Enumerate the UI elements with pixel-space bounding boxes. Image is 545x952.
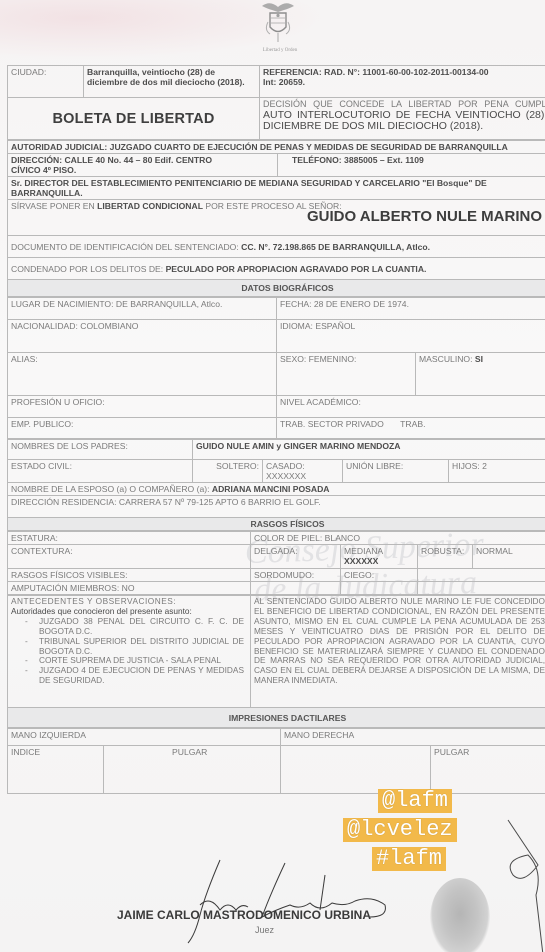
sexo-masculino: MASCULINO: SI: [416, 353, 545, 396]
hijos: HIJOS: 2: [449, 460, 545, 483]
indice-derecho: [281, 746, 431, 794]
family-table: NOMBRES DE LOS PADRES: GUIDO NULE AMIN y…: [7, 439, 545, 531]
trab-privado-label: TRAB. SECTOR PRIVADO: [280, 419, 384, 429]
referencia-label: REFERENCIA:: [263, 67, 322, 77]
padres-value: GUIDO NULE AMIN y GINGER MARINO MENDOZA: [193, 440, 545, 460]
orden-prefix: SÍRVASE PONER EN: [11, 201, 95, 211]
amputacion: AMPUTACIÓN MIEMBROS: NO: [8, 582, 251, 595]
header-table: CIUDAD: Barranquilla, veintiocho (28) de…: [7, 65, 545, 140]
estatura: ESTATURA:: [8, 532, 251, 545]
autoridad-judicial: AUTORIDAD JUDICIAL: JUZGADO CUARTO DE EJ…: [8, 141, 545, 154]
nivel-academico: NIVEL ACADÉMICO:: [277, 396, 545, 418]
ciego: CIEGO:: [341, 569, 418, 582]
antecedentes-cell: ANTECEDENTES Y OBSERVACIONES: Autoridade…: [8, 596, 251, 708]
autoridad-item: TRIBUNAL SUPERIOR DEL DISTRITO JUDICIAL …: [25, 637, 244, 656]
overlay-tag-lafm: @lafm: [378, 789, 452, 813]
antecedentes-intro: Autoridades que conocieron del presente …: [11, 607, 244, 617]
profesion: PROFESIÓN U OFICIO:: [8, 396, 277, 418]
delgada: DELGADA:: [251, 545, 341, 569]
ciudad-label: CIUDAD:: [8, 66, 84, 98]
documento-label: DOCUMENTO DE IDENTIFICACIÓN DEL SENTENCI…: [11, 242, 239, 252]
documento-value: CC. N°. 72.198.865 DE BARRANQUILLA, Atlc…: [241, 242, 430, 252]
mediana-cell: MEDIANA XXXXXX: [341, 545, 418, 569]
section-datos-biograficos: DATOS BIOGRÁFICOS: [8, 280, 545, 297]
mediana-label: MEDIANA: [344, 546, 414, 556]
robusta: ROBUSTA:: [418, 545, 473, 569]
decision-prefix: DECISIÓN QUE CONCEDE LA LIBERTAD POR PEN…: [263, 99, 545, 109]
empty-cell: [418, 569, 545, 582]
fingerprint-table: MANO IZQUIERDA MANO DERECHA INDICE PULGA…: [7, 728, 545, 794]
fecha-nacimiento: FECHA: 28 DE ENERO DE 1974.: [277, 298, 545, 320]
contextura: CONTEXTURA:: [8, 545, 251, 569]
padres-label: NOMBRES DE LOS PADRES:: [8, 440, 193, 460]
observacion-cell: AL SENTENCIADO GUIDO ALBERTO NULE MARINO…: [251, 596, 545, 708]
empty-cell: [418, 582, 545, 595]
biographic-table: LUGAR DE NACIMIENTO: DE BARRANQUILLA, At…: [7, 297, 545, 439]
orden-tipo: LIBERTAD CONDICIONAL: [97, 201, 203, 211]
physical-table: ESTATURA: COLOR DE PIEL: BLANCO CONTEXTU…: [7, 531, 545, 595]
document-title: BOLETA DE LIBERTAD: [8, 98, 260, 140]
boleta-form: CIUDAD: Barranquilla, veintiocho (28) de…: [7, 65, 545, 794]
sentenciado-name: GUIDO ALBERTO NULE MARINO: [11, 212, 542, 222]
esposa-row: NOMBRE DE LA ESPOSO (a) O COMPAÑERO (a):…: [8, 483, 545, 496]
orden-libertad: SÍRVASE PONER EN LIBERTAD CONDICIONAL PO…: [8, 200, 545, 236]
empty-cell: [341, 582, 418, 595]
emp-publico: EMP. PUBLICO:: [8, 418, 277, 439]
esposa-label: NOMBRE DE LA ESPOSO (a) O COMPAÑERO (a):: [11, 484, 210, 494]
document-page: Libertad y Orden Consejo Superior de la …: [0, 0, 545, 952]
section-impresiones-dactilares: IMPRESIONES DACTILARES: [8, 708, 545, 728]
soltero: SOLTERO:: [193, 460, 263, 483]
direccion-residencia: DIRECCIÓN RESIDENCIA: CARRERA 57 Nº 79-1…: [8, 496, 545, 518]
referencia-cell: REFERENCIA: RAD. N°: 11001-60-00-102-201…: [260, 66, 545, 98]
sexo-femenino: SEXO: FEMENINO:: [277, 353, 416, 396]
estado-civil-label: ESTADO CIVIL:: [8, 460, 193, 483]
overlay-tag-hashtag-lafm: #lafm: [372, 847, 446, 871]
decision-value: AUTO INTERLOCUTORIO DE FECHA VEINTIOCHO …: [263, 109, 545, 132]
delitos-row: CONDENADO POR LOS DELITOS DE: PECULADO P…: [8, 258, 545, 280]
documento-row: DOCUMENTO DE IDENTIFICACIÓN DEL SENTENCI…: [8, 236, 545, 258]
delitos-label: CONDENADO POR LOS DELITOS DE:: [11, 264, 163, 274]
sordomudo: SORDOMUDO:: [251, 569, 341, 582]
judge-name: JAIME CARLO MASTRODOMENICO URBINA: [117, 908, 371, 922]
right-margin-signature-icon: [498, 815, 545, 952]
casado-mark: XXXXXXX: [266, 471, 339, 481]
trab-label: TRAB.: [400, 419, 425, 429]
masculino-label: MASCULINO:: [419, 354, 472, 364]
referencia-value: RAD. N°: 11001-60-00-102-2011-00134-00: [324, 67, 488, 77]
fingerprint-mark: [430, 878, 490, 952]
idioma: IDIOMA: ESPAÑOL: [277, 320, 545, 353]
motto: Libertad y Orden: [250, 48, 310, 53]
casado-cell: CASADO: XXXXXXX: [263, 460, 343, 483]
empty-cell: [251, 582, 341, 595]
indice-izquierdo: INDICE: [8, 746, 104, 794]
rasgos-visibles: RASGOS FÍSICOS VISIBLES:: [8, 569, 251, 582]
authority-table: AUTORIDAD JUDICIAL: JUZGADO CUARTO DE EJ…: [7, 140, 545, 297]
casado-label: CASADO:: [266, 461, 339, 471]
pulgar-izquierdo: PULGAR: [104, 746, 281, 794]
union-libre: UNIÓN LIBRE:: [343, 460, 449, 483]
mano-izquierda: MANO IZQUIERDA: [8, 729, 281, 746]
telefono-juzgado: TELÉFONO: 3885005 – Ext. 1109: [278, 154, 545, 177]
interno-value: Int: 20659.: [263, 77, 305, 87]
alias: ALIAS:: [8, 353, 277, 396]
ciudad-value: Barranquilla, veintiocho (28) de diciemb…: [84, 66, 260, 98]
mediana-mark: XXXXXX: [344, 556, 414, 566]
trab-privado: TRAB. SECTOR PRIVADO TRAB.: [277, 418, 545, 439]
color-piel: COLOR DE PIEL: BLANCO: [251, 532, 545, 545]
decision-cell: DECISIÓN QUE CONCEDE LA LIBERTAD POR PEN…: [260, 98, 545, 140]
colombia-coat-of-arms-icon: [258, 0, 298, 46]
normal: NORMAL: [473, 545, 545, 569]
esposa-value: ADRIANA MANCINI POSADA: [212, 484, 330, 494]
mano-derecha: MANO DERECHA: [281, 729, 545, 746]
overlay-tag-lcvelez: @lcvelez: [343, 818, 457, 842]
direccion-juzgado: DIRECCIÓN: CALLE 40 No. 44 – 80 Edif. CE…: [8, 154, 278, 177]
masculino-value: SI: [475, 354, 483, 364]
director-destinatario: Sr. DIRECTOR DEL ESTABLECIMIENTO PENITEN…: [8, 177, 545, 200]
lugar-nacimiento: LUGAR DE NACIMIENTO: DE BARRANQUILLA, At…: [8, 298, 277, 320]
nacionalidad: NACIONALIDAD: COLOMBIANO: [8, 320, 277, 353]
section-rasgos-fisicos: RASGOS FÍSICOS: [8, 518, 545, 531]
autoridad-item: JUZGADO 38 PENAL DEL CIRCUITO C. F. C. D…: [25, 617, 244, 636]
antecedentes-table: ANTECEDENTES Y OBSERVACIONES: Autoridade…: [7, 595, 545, 728]
judge-role: Juez: [255, 925, 274, 935]
autoridades-list: JUZGADO 38 PENAL DEL CIRCUITO C. F. C. D…: [11, 617, 244, 685]
autoridad-item: JUZGADO 4 DE EJECUCION DE PENAS Y MEDIDA…: [25, 666, 244, 685]
delitos-value: PECULADO POR APROPIACION AGRAVADO POR LA…: [166, 264, 427, 274]
pulgar-derecho: PULGAR: [431, 746, 545, 794]
